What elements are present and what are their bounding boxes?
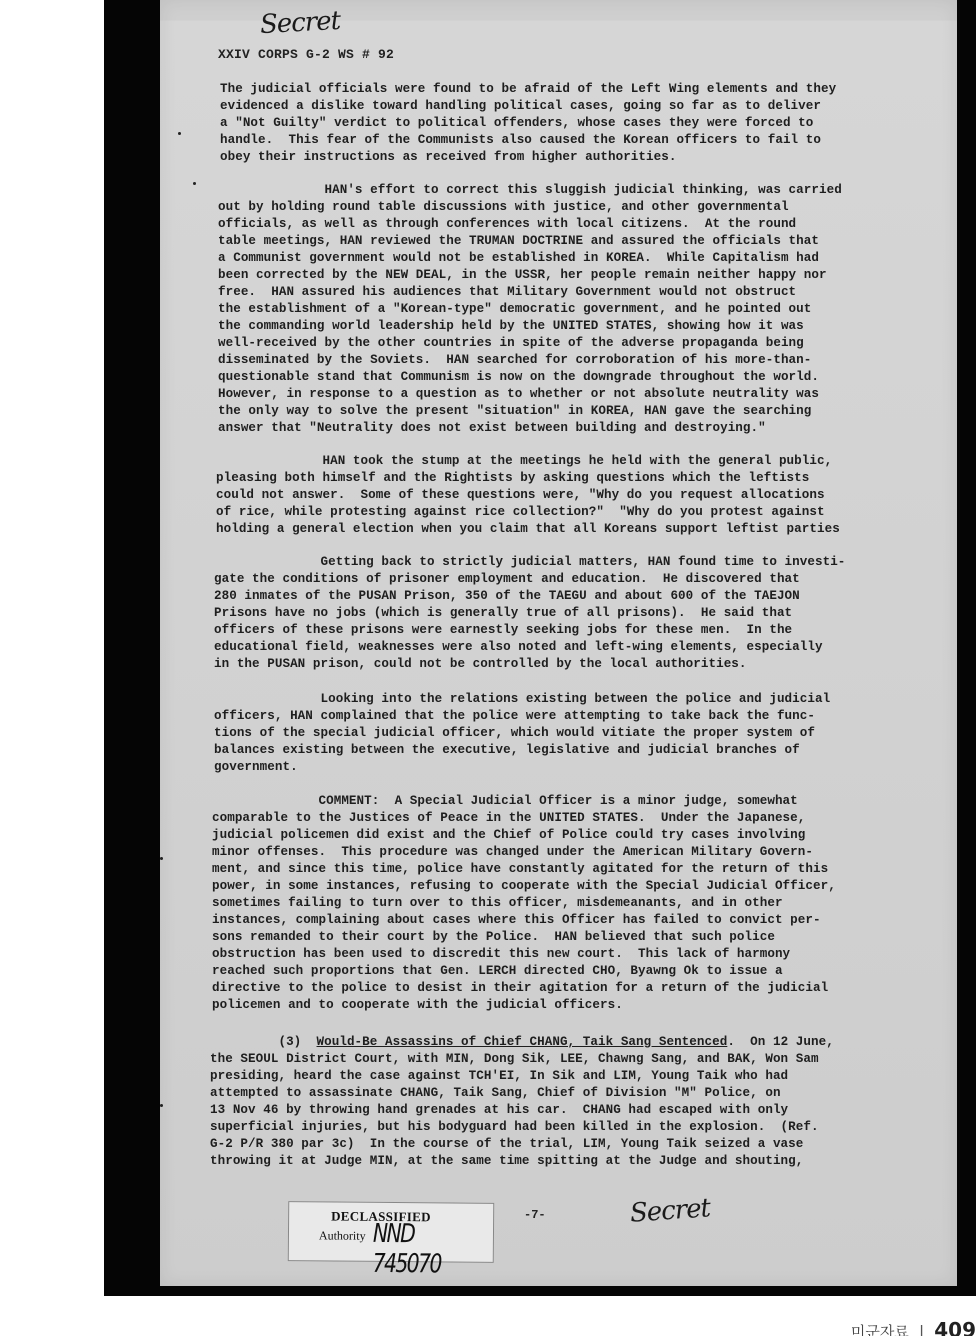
- margin-dot: [193, 182, 196, 185]
- section-number: (3): [210, 1035, 317, 1049]
- paragraph-han-effort: HAN's effort to correct this sluggish ju…: [218, 182, 953, 437]
- paragraph-police-relations: Looking into the relations existing betw…: [214, 691, 949, 776]
- page-number: -7-: [524, 1208, 546, 1222]
- stamp-authority-label: Authority: [319, 1228, 366, 1243]
- paragraph-han-stump: HAN took the stump at the meetings he he…: [216, 453, 951, 538]
- declassified-stamp: DECLASSIFIED Authority NND 745070: [288, 1201, 495, 1263]
- handwritten-secret-mark-bottom: Secret: [629, 1193, 711, 1229]
- section-3-paragraph: (3) Would-Be Assassins of Chief CHANG, T…: [210, 1034, 945, 1170]
- paragraph-judicial-officials: The judicial officials were found to be …: [220, 81, 955, 166]
- paragraph-prisons: Getting back to strictly judicial matter…: [214, 554, 949, 673]
- book-section-label: 미군자료: [851, 1323, 909, 1336]
- stamp-authority-value: NND 745070: [373, 1219, 467, 1280]
- footer-separator: |: [919, 1322, 924, 1336]
- section-title: Would-Be Assassins of Chief CHANG, Taik …: [317, 1035, 728, 1049]
- document-page: Secret XXIV CORPS G-2 WS # 92 The judici…: [160, 0, 957, 1286]
- section-text: . On 12 June, the SEOUL District Court, …: [210, 1035, 834, 1168]
- margin-dot: [160, 857, 163, 860]
- book-page-number: 409: [934, 1318, 976, 1336]
- margin-dot: [178, 132, 181, 135]
- document-header: XXIV CORPS G-2 WS # 92: [218, 47, 394, 62]
- margin-dot: [160, 1104, 163, 1107]
- paragraph-comment: COMMENT: A Special Judicial Officer is a…: [212, 793, 947, 1014]
- book-footer: 미군자료|409: [851, 1318, 976, 1336]
- handwritten-secret-mark-top: Secret: [259, 6, 340, 40]
